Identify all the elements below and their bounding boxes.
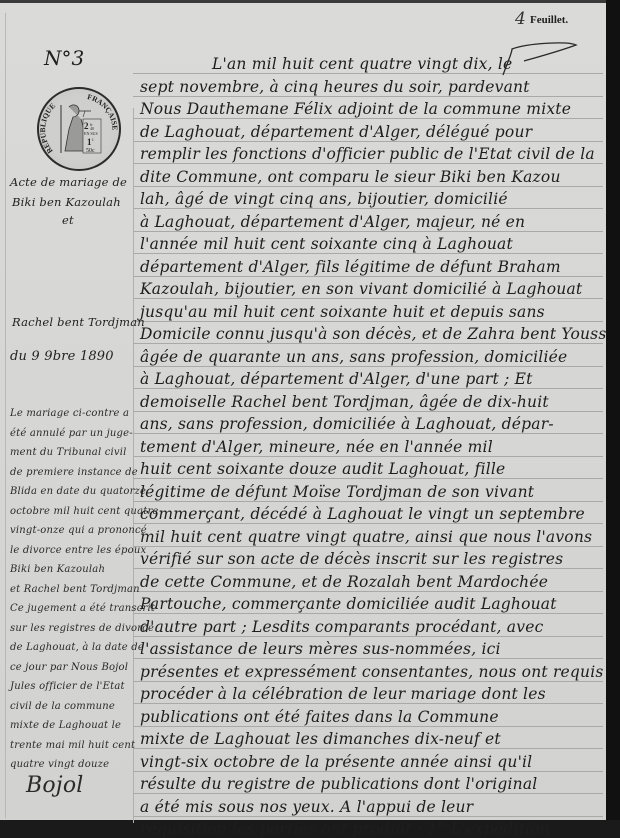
ruled-line (133, 298, 603, 299)
body-line: l'année mil huit cent soixante cinq à La… (140, 235, 513, 253)
body-line: mixte de Laghouat les dimanches dix-neuf… (140, 730, 501, 748)
ruled-line (133, 591, 603, 592)
body-line: publications ont été faites dans la Comm… (140, 708, 499, 726)
ruled-line (133, 276, 603, 277)
ruled-line (133, 636, 603, 637)
ruled-line (133, 793, 603, 794)
ruled-line (133, 388, 603, 389)
margin-annotation-line: ment du Tribunal civil (10, 447, 127, 458)
svg-text:REPUBLIQUE: REPUBLIQUE (39, 101, 57, 155)
body-line: sept novembre, à cinq heures du soir, pa… (140, 78, 530, 96)
body-line: de cette Commune, et de Rozalah bent Mar… (140, 573, 548, 591)
margin-annotation-line: mixte de Laghouat le (10, 720, 121, 731)
body-line: remplir les fonctions d'officier public … (140, 145, 595, 163)
marianne-seal-icon: REPUBLIQUE FRANÇAISE 2 fr 40 EN SUS 1 f.… (37, 87, 121, 171)
margin-annotation-line: vingt-onze qui a prononcé (10, 525, 147, 536)
margin-annotation-line: et Rachel bent Tordjman (10, 584, 140, 595)
ruled-line (133, 186, 603, 187)
ruled-line (133, 163, 603, 164)
margin-annotation-line: Le mariage ci-contre a (10, 408, 129, 419)
ruled-line (133, 208, 603, 209)
page-left-rule (5, 13, 6, 818)
margin-annotation-line: trente mai mil huit cent (10, 740, 135, 751)
body-line: département d'Alger, fils légitime de dé… (140, 258, 561, 276)
margin-rule (133, 108, 134, 820)
svg-text:EN SUS: EN SUS (84, 131, 98, 136)
body-line: mil huit cent quatre vingt quatre, ainsi… (140, 528, 592, 546)
margin-annotation-line: quatre vingt douze (10, 759, 109, 770)
margin-signature: Bojol (26, 773, 84, 798)
ruled-line (133, 366, 603, 367)
ruled-line (133, 568, 603, 569)
body-line: légitime de défunt Moïse Tordjman de son… (140, 483, 534, 501)
ruled-line (133, 141, 603, 142)
ruled-line (133, 816, 603, 817)
body-line: Partouche, commerçante domiciliée audit … (140, 595, 557, 613)
body-line: dite Commune, ont comparu le sieur Biki … (140, 168, 561, 186)
ruled-line (133, 118, 603, 119)
margin-annotation-line: ce jour par Nous Bojol (10, 662, 128, 673)
body-line: commerçant, décédé à Laghouat le vingt u… (140, 505, 585, 523)
margin-annotation-line: Biki ben Kazoulah (10, 564, 105, 575)
body-line: lah, âgé de vingt cinq ans, bijoutier, d… (140, 190, 508, 208)
body-line: présentes et expressément consentantes, … (140, 663, 620, 681)
ruled-line (133, 613, 603, 614)
margin-annotation-line: été annulé par un juge- (10, 428, 133, 439)
margin-annotation-line: civil de la commune (10, 701, 115, 712)
body-line: à Laghouat, département d'Alger, majeur,… (140, 213, 525, 231)
ruled-line (133, 321, 603, 322)
ruled-line (133, 231, 603, 232)
body-line: d'autre part ; Lesdits comparants procéd… (140, 618, 543, 636)
ruled-line (133, 253, 603, 254)
ruled-line (133, 523, 603, 524)
ruled-line (133, 501, 603, 502)
svg-text:f.: f. (92, 137, 94, 142)
body-line: procéder à la célébration de leur mariag… (140, 685, 546, 703)
margin-title-line: Rachel bent Tordjman (12, 315, 145, 329)
margin-annotation-line: Ce jugement a été transcrit (10, 603, 155, 614)
svg-text:50c: 50c (86, 148, 95, 154)
ruled-line (133, 96, 603, 97)
ruled-line (133, 546, 603, 547)
register-page: 4 Feuillet. N°3 REPUBLIQUE FRANÇAISE 2 f… (0, 3, 606, 820)
margin-annotation-line: de premiere instance de (10, 467, 138, 478)
body-line: de Laghouat, département d'Alger, délégu… (140, 123, 532, 141)
svg-text:2: 2 (84, 121, 89, 131)
ruled-line (133, 433, 603, 434)
margin-annotation-line: le divorce entre les époux (10, 545, 146, 556)
margin-annotation-line: de Laghouat, à la date de (10, 642, 144, 653)
body-line: vérifié sur son acte de décès inscrit su… (140, 550, 563, 568)
body-line: L'an mil huit cent quatre vingt dix, le (212, 55, 512, 73)
sheet-label: Feuillet. (530, 14, 568, 26)
margin-annotation-line: Blida en date du quatorze (10, 486, 146, 497)
body-line: âgée de quarante un ans, sans profession… (140, 348, 567, 366)
ruled-line (133, 681, 603, 682)
sheet-number: 4 (515, 9, 526, 29)
stamp-text-left: REPUBLIQUE (39, 101, 57, 155)
margin-act-date: du 9 9bre 1890 (10, 349, 114, 364)
scan-right-border (606, 0, 620, 820)
body-line: résulte du registre de publications dont… (140, 775, 537, 793)
body-line: Domicile connu jusqu'à son décès, et de … (140, 325, 620, 343)
body-line: a été mis sous nos yeux. A l'appui de le… (140, 798, 473, 816)
body-line: tement d'Alger, mineure, née en l'année … (140, 438, 493, 456)
margin-title-line: et (62, 213, 74, 227)
body-line: demoiselle Rachel bent Tordjman, âgée de… (140, 393, 549, 411)
ruled-line (133, 343, 603, 344)
body-line: vingt-six octobre de la présente année a… (140, 753, 532, 771)
margin-annotation-line: octobre mil huit cent quatre (10, 506, 159, 517)
ruled-line (133, 748, 603, 749)
margin-annotation-line: sur les registres de divorce (10, 623, 154, 634)
margin-title-line: Acte de mariage de (10, 175, 127, 189)
ruled-line (133, 478, 603, 479)
ruled-line (133, 411, 603, 412)
body-line: huit cent soixante douze audit Laghouat,… (140, 460, 505, 478)
body-line: Nous Dauthemane Félix adjoint de la comm… (140, 100, 571, 118)
body-line: à Laghouat, département d'Alger, d'une p… (140, 370, 533, 388)
body-line: l'assistance de leurs mères sus-nommées,… (140, 640, 501, 658)
body-line: Kazoulah, bijoutier, en son vivant domic… (140, 280, 582, 298)
act-number: N°3 (44, 46, 84, 70)
ruled-line (133, 703, 603, 704)
margin-annotation-line: Jules officier de l'Etat (10, 681, 125, 692)
ruled-line (133, 658, 603, 659)
body-line: jusqu'au mil huit cent soixante huit et … (140, 303, 545, 321)
body-line: ans, sans profession, domiciliée à Lagho… (140, 415, 554, 433)
margin-title-line: Biki ben Kazoulah (12, 195, 121, 209)
ruled-line (133, 456, 603, 457)
ruled-line (133, 726, 603, 727)
ruled-line (133, 771, 603, 772)
